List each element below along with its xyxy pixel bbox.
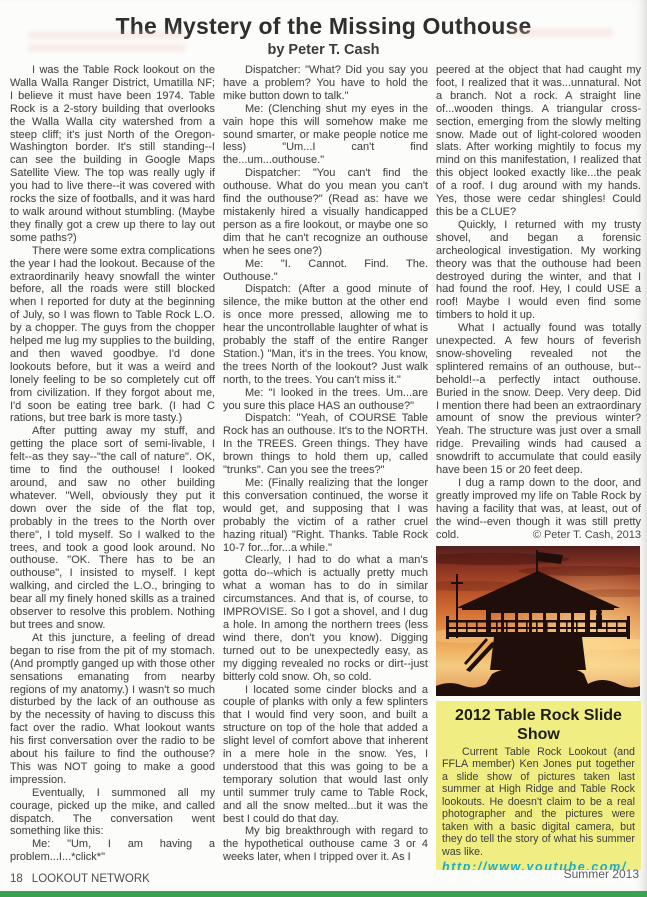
bleed-through-ghost (509, 28, 613, 37)
article-column-3: peered at the object that had caught my … (436, 64, 641, 870)
byline: by Peter T. Cash (0, 42, 647, 58)
paragraph: Me: "Um, I am having a problem...I...*cl… (10, 838, 215, 864)
paragraph: At this juncture, a feeling of dread beg… (10, 632, 215, 787)
magazine-name: LOOKOUT NETWORK (32, 873, 150, 885)
article-column-1: I was the Table Rock lookout on the Wall… (10, 64, 215, 870)
paragraph: Eventually, I summoned all my courage, p… (10, 787, 215, 839)
sunset-photo-graphic (436, 546, 640, 696)
page-number: 18 (10, 873, 23, 885)
article-columns: I was the Table Rock lookout on the Wall… (0, 64, 647, 870)
paragraph: Me: "I looked in the trees. Um...are you… (223, 387, 428, 413)
paragraph: There were some extra complications the … (10, 245, 215, 426)
magazine-page: The Mystery of the Missing Outhouse by P… (0, 0, 647, 897)
paragraph: After putting away my stuff, and getting… (10, 425, 215, 632)
paragraph: Dispatch: "Yeah, of COURSE Table Rock ha… (223, 412, 428, 477)
copyright-line: © Peter T. Cash, 2013 (436, 529, 641, 542)
paragraph: Me: (Clenching shut my eyes in the vain … (223, 103, 428, 168)
slide-show-box: 2012 Table Rock Slide Show Current Table… (436, 701, 641, 870)
slide-show-body: Current Table Rock Lookout (and FFLA mem… (442, 746, 635, 859)
lookout-tower-photo (436, 546, 640, 696)
article-column-2: Dispatcher: "What? Did you say you have … (223, 64, 428, 870)
person-silhouette (596, 609, 602, 629)
paragraph: My big breakthrough with regard to the h… (223, 825, 428, 864)
bottom-green-strip (0, 891, 647, 897)
paragraph: I located some cinder blocks and a coupl… (223, 684, 428, 826)
bleed-through-ghost (28, 31, 186, 39)
issue-date: Summer 2013 (564, 867, 639, 881)
paragraph: Dispatch: (After a good minute of silenc… (223, 283, 428, 386)
paragraph: Me: (Finally realizing that the longer t… (223, 477, 428, 554)
paragraph: Dispatcher: "You can't find the outhouse… (223, 167, 428, 257)
paragraph: I was the Table Rock lookout on the Wall… (10, 64, 215, 245)
paragraph: peered at the object that had caught my … (436, 64, 641, 219)
paragraph: What I actually found was totally unexpe… (436, 322, 641, 477)
paragraph: Dispatcher: "What? Did you say you have … (223, 64, 428, 103)
footer-left: 18LOOKOUT NETWORK (10, 873, 150, 885)
slide-show-heading: 2012 Table Rock Slide Show (442, 706, 635, 744)
paragraph: Clearly, I had to do what a man's gotta … (223, 554, 428, 683)
paragraph: Quickly, I returned with my trusty shove… (436, 219, 641, 322)
paragraph: Me: "I. Cannot. Find. The. Outhouse." (223, 258, 428, 284)
